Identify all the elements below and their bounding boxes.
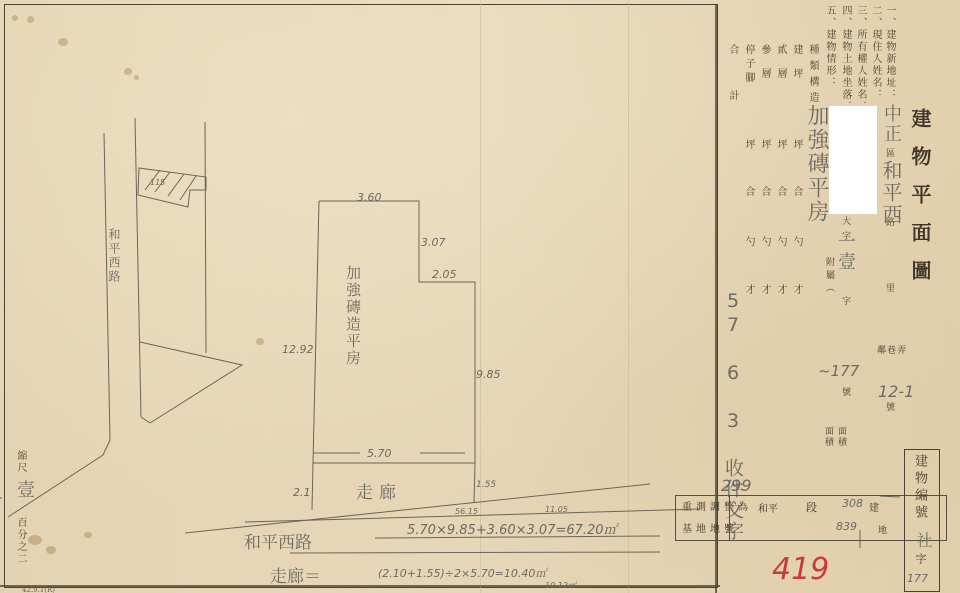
redacted-field (829, 106, 877, 214)
number-label-2: 號 (884, 402, 893, 413)
unit-cai-2: 才 (775, 284, 785, 296)
unit-cai-1: 才 (791, 284, 801, 296)
stamp-char-1: 社 (912, 532, 935, 550)
building-label: 加強磚造平房 (343, 265, 364, 367)
footer-code: 42.9.1(R) (22, 586, 55, 593)
field-5-label: 五、建物情形： (824, 5, 834, 89)
field-4-label: 四、建物土地坐落： (840, 5, 850, 113)
structure-label: 種類構造 (807, 44, 817, 108)
number-label: 號 (840, 387, 849, 398)
scale-label: 縮尺 (15, 450, 25, 474)
land-suffix: 地 (878, 523, 887, 536)
hw-receipt-num: 299 (721, 476, 752, 495)
floor-label-5: 合計 (727, 44, 737, 136)
calc-main: 5.70×9.85+3.60×3.07=67.20㎡ (407, 519, 617, 538)
floor-label-2: 貳層 (775, 44, 785, 92)
unit-shao-2: 勺 (775, 236, 785, 248)
floor-label-4: 停子腳 (743, 44, 753, 86)
stamp-label: 建物編號 (913, 454, 926, 522)
hw-number: ~177 (818, 362, 859, 380)
unit-shao-1: 勺 (791, 236, 801, 248)
red-file-number: 419 (772, 552, 829, 587)
dim-left: 12.92 (282, 343, 314, 356)
calc-corridor-label: 走廊＝ (270, 562, 321, 587)
area-label: 面積 (836, 426, 845, 448)
hw-neighbor-num: 12-1 (878, 382, 914, 401)
dim-right-lower: 9.85 (476, 368, 501, 381)
dim-step: 2.05 (432, 268, 457, 281)
hw-structure: 加強磚平房 (801, 104, 832, 224)
neighbor-lane-label: 鄰巷弄 (877, 343, 907, 356)
floor-label-3: 參層 (759, 44, 769, 92)
hw-district: 中正 (878, 104, 904, 144)
hw-road: 和平西 (877, 160, 906, 226)
dim-corridor-right: 1.55 (476, 480, 496, 490)
dim-bottom-a: 56.15 (455, 507, 478, 516)
unit-ping-1: 坪 (791, 139, 801, 151)
scale-suffix: 百分之二 (15, 517, 25, 565)
unit-ping-4: 坪 (743, 139, 753, 151)
section-suffix: 段 (806, 499, 817, 515)
stamp-char-2: 字 (915, 553, 926, 566)
dim-right-upper: 3.07 (421, 236, 446, 249)
corridor-label: 走廊 (356, 478, 402, 503)
unit-he-3: 合 (759, 186, 769, 198)
unit-cai-3: 才 (759, 284, 769, 296)
unit-he-4: 合 (743, 186, 753, 198)
dim-bottom: 5.70 (367, 447, 392, 460)
unit-ping-2: 坪 (775, 139, 785, 151)
dim-top: 3.60 (357, 191, 382, 204)
area-label-2: 面積 (823, 426, 832, 448)
calc-corridor-sub: 10.12㎡ (545, 580, 576, 591)
land-no: 839 (836, 520, 857, 533)
building-suffix: 建 (869, 499, 879, 514)
stamp-number: 177 (907, 572, 928, 585)
li-label: 里 (884, 283, 893, 294)
unit-shao-3: 勺 (759, 236, 769, 248)
scale-value: 壹 (11, 480, 37, 500)
field-3-label: 三、所有權人姓名： (855, 5, 865, 113)
unit-he-2: 合 (775, 186, 785, 198)
document-title: 建物平面圖 (910, 108, 930, 298)
district-label: 區 (884, 148, 893, 159)
field-1-label: 一、建物新地址： (884, 5, 894, 101)
dim-bottom-b: 11.05 (545, 505, 568, 514)
building-number-stamp: 建物編號 社 字 177 (904, 449, 940, 592)
floor-label-1: 建坪 (791, 44, 801, 92)
calc-corridor: (2.10+1.55)÷2×5.70=10.40㎡ (378, 565, 546, 581)
dim-corridor-left: 2.1 (293, 486, 311, 499)
table-separator (729, 496, 730, 540)
unit-shao-4: 勺 (743, 236, 753, 248)
calc-main-label: 和平西路 (244, 528, 312, 553)
zi-label: 字 (840, 296, 849, 307)
unit-he-1: 合 (791, 186, 801, 198)
unit-ping-3: 坪 (759, 139, 769, 151)
section-name: 和平 (758, 500, 778, 515)
hatched-label: 115 (150, 178, 165, 187)
hw-da-zi: 一壹 (832, 232, 858, 272)
street-label: 和平西路 (106, 228, 123, 284)
building-no: 308 (842, 497, 863, 510)
field-2-label: 二、現住人姓名： (870, 5, 880, 101)
